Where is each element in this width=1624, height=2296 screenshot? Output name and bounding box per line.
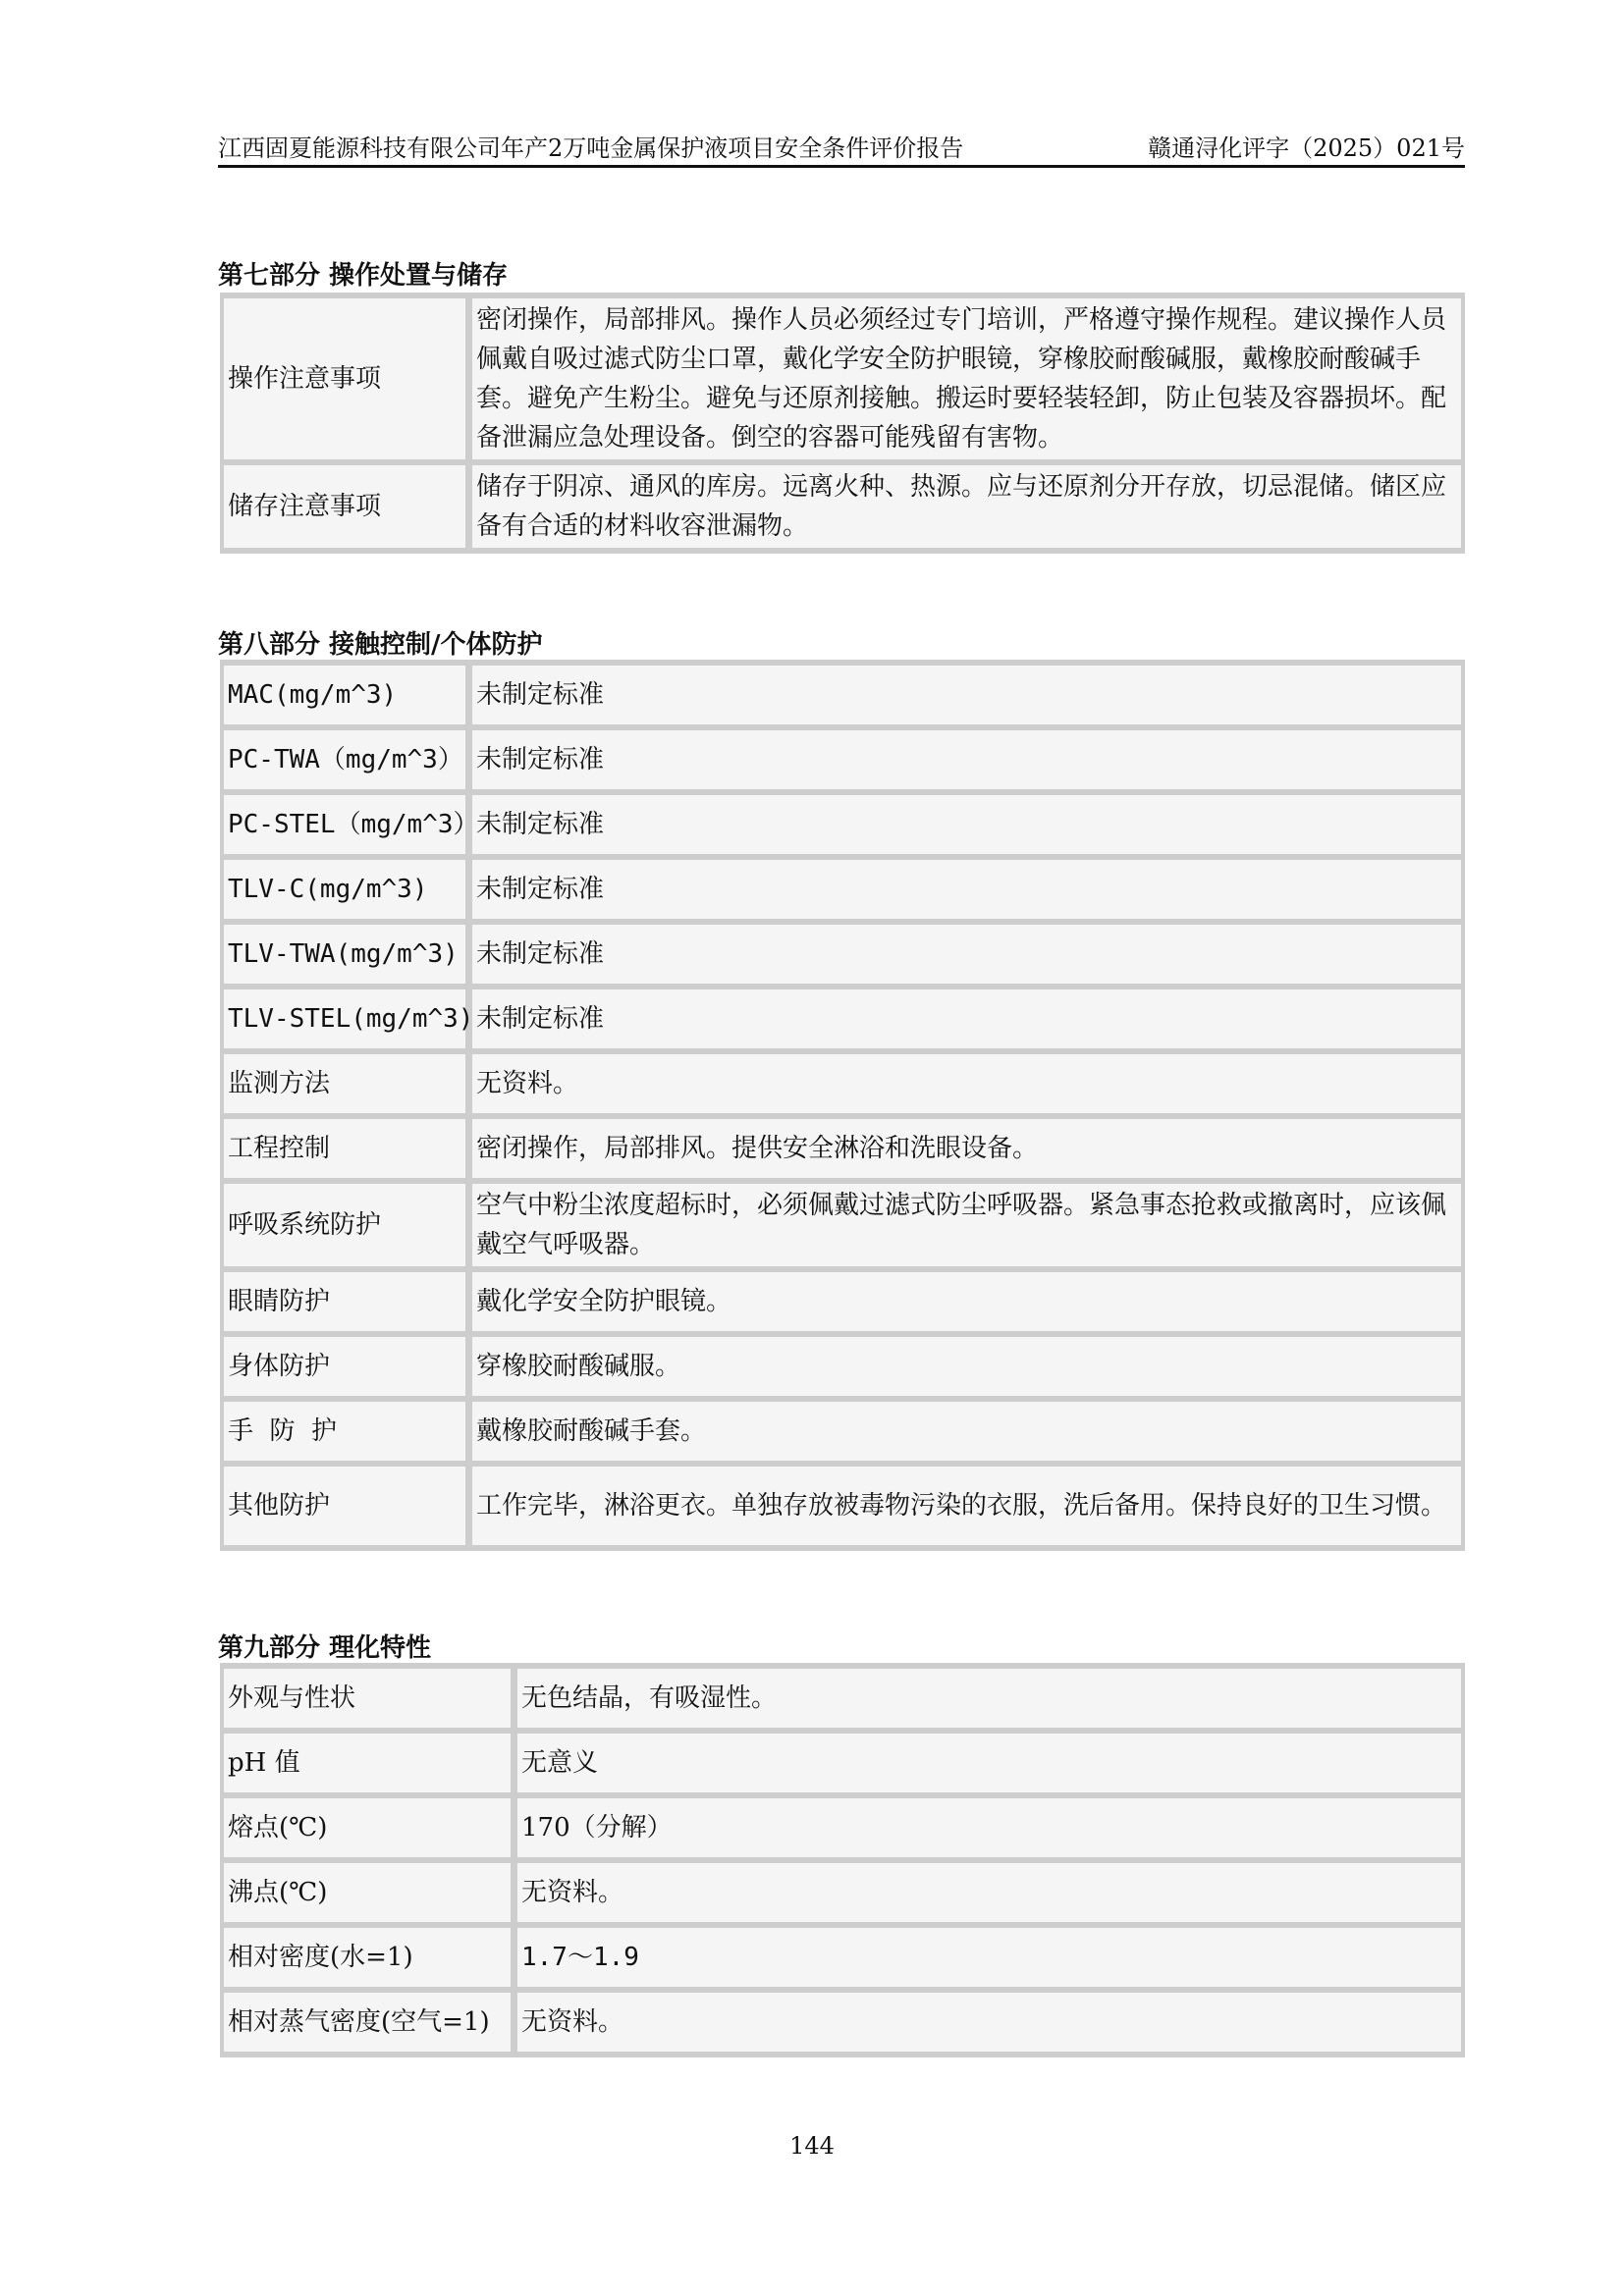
row-value: 无色结晶，有吸湿性。: [514, 1669, 1461, 1728]
section-7-table: 操作注意事项 密闭操作，局部排风。操作人员必须经过专门培训，严格遵守操作规程。建…: [220, 293, 1465, 554]
row-label: 手 防 护: [224, 1402, 465, 1461]
table-row: 相对密度(水=1)1.7～1.9: [224, 1928, 1461, 1987]
row-label: MAC(mg/m^3): [224, 666, 465, 724]
row-value: 无资料。: [514, 1863, 1461, 1922]
page-number: 144: [0, 2132, 1624, 2160]
row-label: 储存注意事项: [224, 465, 465, 548]
row-label: TLV-C(mg/m^3): [224, 860, 465, 919]
row-value: 无资料。: [469, 1054, 1461, 1113]
table-row: 工程控制密闭操作，局部排风。提供安全淋浴和洗眼设备。: [224, 1119, 1461, 1178]
row-label: 相对密度(水=1): [224, 1928, 511, 1987]
row-value: 戴化学安全防护眼镜。: [469, 1272, 1461, 1331]
row-label: 外观与性状: [224, 1669, 511, 1728]
table-row: 监测方法无资料。: [224, 1054, 1461, 1113]
table-row: 身体防护穿橡胶耐酸碱服。: [224, 1337, 1461, 1396]
row-label: 呼吸系统防护: [224, 1184, 465, 1266]
table-row: TLV-STEL(mg/m^3)未制定标准: [224, 989, 1461, 1048]
table-row: 外观与性状无色结晶，有吸湿性。: [224, 1669, 1461, 1728]
row-label: 其他防护: [224, 1467, 465, 1545]
row-label: 工程控制: [224, 1119, 465, 1178]
table-row: 手 防 护戴橡胶耐酸碱手套。: [224, 1402, 1461, 1461]
row-label: 眼睛防护: [224, 1272, 465, 1331]
table-row: TLV-TWA(mg/m^3)未制定标准: [224, 925, 1461, 984]
table-row: MAC(mg/m^3)未制定标准: [224, 666, 1461, 724]
document-number: 赣通浔化评字（2025）021号: [1148, 132, 1465, 165]
row-value: 无资料。: [514, 1993, 1461, 2052]
table-row: 其他防护工作完毕，淋浴更衣。单独存放被毒物污染的衣服，洗后备用。保持良好的卫生习…: [224, 1467, 1461, 1545]
table-row: 熔点(℃)170（分解）: [224, 1798, 1461, 1857]
header-divider: [218, 165, 1465, 168]
row-value: 未制定标准: [469, 730, 1461, 789]
report-title: 江西固夏能源科技有限公司年产2万吨金属保护液项目安全条件评价报告: [218, 132, 963, 165]
row-value: 170（分解）: [514, 1798, 1461, 1857]
row-label: PC-TWA（mg/m^3）: [224, 730, 465, 789]
row-value: 未制定标准: [469, 795, 1461, 854]
row-label: TLV-TWA(mg/m^3): [224, 925, 465, 984]
section-7-title: 第七部分 操作处置与储存: [218, 255, 508, 292]
table-row: TLV-C(mg/m^3)未制定标准: [224, 860, 1461, 919]
row-value: 空气中粉尘浓度超标时，必须佩戴过滤式防尘呼吸器。紧急事态抢救或撤离时，应该佩戴空…: [469, 1184, 1461, 1266]
row-value: 密闭操作，局部排风。提供安全淋浴和洗眼设备。: [469, 1119, 1461, 1178]
row-label: TLV-STEL(mg/m^3): [224, 989, 465, 1048]
row-label: 相对蒸气密度(空气=1): [224, 1993, 511, 2052]
section-8-table: MAC(mg/m^3)未制定标准 PC-TWA（mg/m^3）未制定标准 PC-…: [220, 660, 1465, 1551]
row-value: 未制定标准: [469, 666, 1461, 724]
row-value: 1.7～1.9: [514, 1928, 1461, 1987]
row-value: 密闭操作，局部排风。操作人员必须经过专门培训，严格遵守操作规程。建议操作人员佩戴…: [469, 298, 1461, 459]
table-row: pH 值无意义: [224, 1734, 1461, 1792]
section-8-title: 第八部分 接触控制/个体防护: [218, 624, 543, 661]
row-label: 身体防护: [224, 1337, 465, 1396]
table-row: 眼睛防护戴化学安全防护眼镜。: [224, 1272, 1461, 1331]
row-label: PC-STEL（mg/m^3）: [224, 795, 465, 854]
table-row: 沸点(℃)无资料。: [224, 1863, 1461, 1922]
table-row: PC-STEL（mg/m^3）未制定标准: [224, 795, 1461, 854]
table-row: 储存注意事项 储存于阴凉、通风的库房。远离火种、热源。应与还原剂分开存放，切忌混…: [224, 465, 1461, 548]
row-value: 工作完毕，淋浴更衣。单独存放被毒物污染的衣服，洗后备用。保持良好的卫生习惯。: [469, 1467, 1461, 1545]
table-row: 操作注意事项 密闭操作，局部排风。操作人员必须经过专门培训，严格遵守操作规程。建…: [224, 298, 1461, 459]
section-9-title: 第九部分 理化特性: [218, 1628, 431, 1664]
page-header: 江西固夏能源科技有限公司年产2万吨金属保护液项目安全条件评价报告 赣通浔化评字（…: [218, 132, 1465, 165]
table-row: PC-TWA（mg/m^3）未制定标准: [224, 730, 1461, 789]
row-value: 未制定标准: [469, 860, 1461, 919]
row-label: 熔点(℃): [224, 1798, 511, 1857]
section-9-table: 外观与性状无色结晶，有吸湿性。 pH 值无意义 熔点(℃)170（分解） 沸点(…: [220, 1663, 1465, 2057]
row-value: 穿橡胶耐酸碱服。: [469, 1337, 1461, 1396]
table-row: 呼吸系统防护空气中粉尘浓度超标时，必须佩戴过滤式防尘呼吸器。紧急事态抢救或撤离时…: [224, 1184, 1461, 1266]
table-row: 相对蒸气密度(空气=1)无资料。: [224, 1993, 1461, 2052]
row-value: 未制定标准: [469, 989, 1461, 1048]
row-label: 监测方法: [224, 1054, 465, 1113]
row-value: 储存于阴凉、通风的库房。远离火种、热源。应与还原剂分开存放，切忌混储。储区应备有…: [469, 465, 1461, 548]
row-value: 未制定标准: [469, 925, 1461, 984]
row-value: 戴橡胶耐酸碱手套。: [469, 1402, 1461, 1461]
row-label: 沸点(℃): [224, 1863, 511, 1922]
row-label: pH 值: [224, 1734, 511, 1792]
row-value: 无意义: [514, 1734, 1461, 1792]
row-label: 操作注意事项: [224, 298, 465, 459]
